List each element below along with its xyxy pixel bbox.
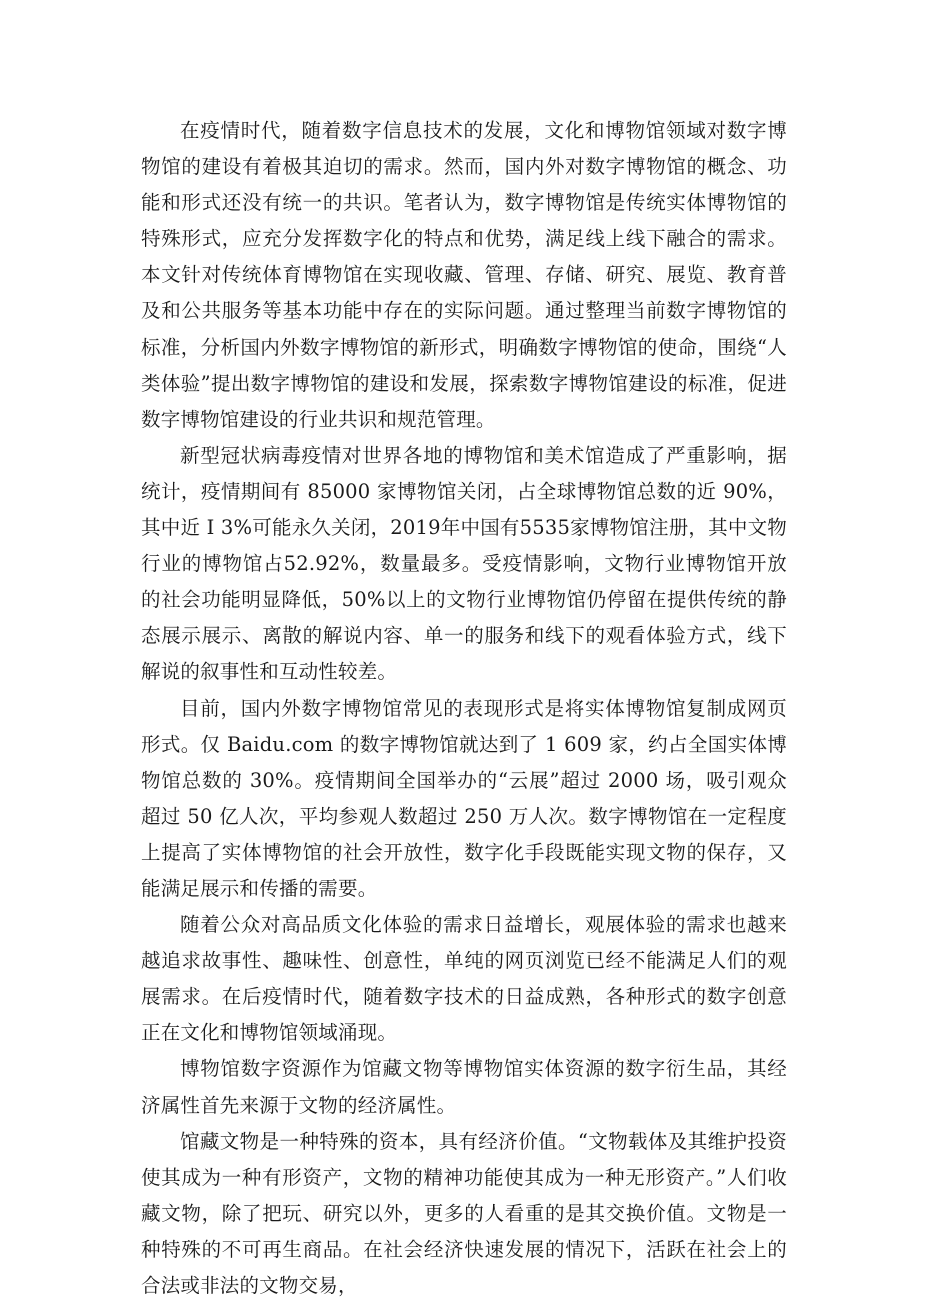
- paragraph-collection-value: 馆藏文物是一种特殊的资本，具有经济价值。“文物载体及其维护投资使其成为一种有形资…: [141, 1124, 787, 1304]
- paragraph-digital-resources: 博物馆数字资源作为馆藏文物等博物馆实体资源的数字衍生品，其经济属性首先来源于文物…: [141, 1051, 787, 1123]
- paragraph-digital-museum-intro: 在疫情时代，随着数字信息技术的发展，文化和博物馆领域对数字博物馆的建设有着极其迫…: [141, 113, 787, 438]
- paragraph-current-forms: 目前，国内外数字博物馆常见的表现形式是将实体博物馆复制成网页形式。仅 Baidu…: [141, 691, 787, 908]
- paragraph-public-demand: 随着公众对高品质文化体验的需求日益增长，观展体验的需求也越来越追求故事性、趣味性…: [141, 907, 787, 1051]
- paragraph-pandemic-impact: 新型冠状病毒疫情对世界各地的博物馆和美术馆造成了严重影响，据统计，疫情期间有 8…: [141, 438, 787, 691]
- document-page: 在疫情时代，随着数字信息技术的发展，文化和博物馆领域对数字博物馆的建设有着极其迫…: [141, 113, 787, 1304]
